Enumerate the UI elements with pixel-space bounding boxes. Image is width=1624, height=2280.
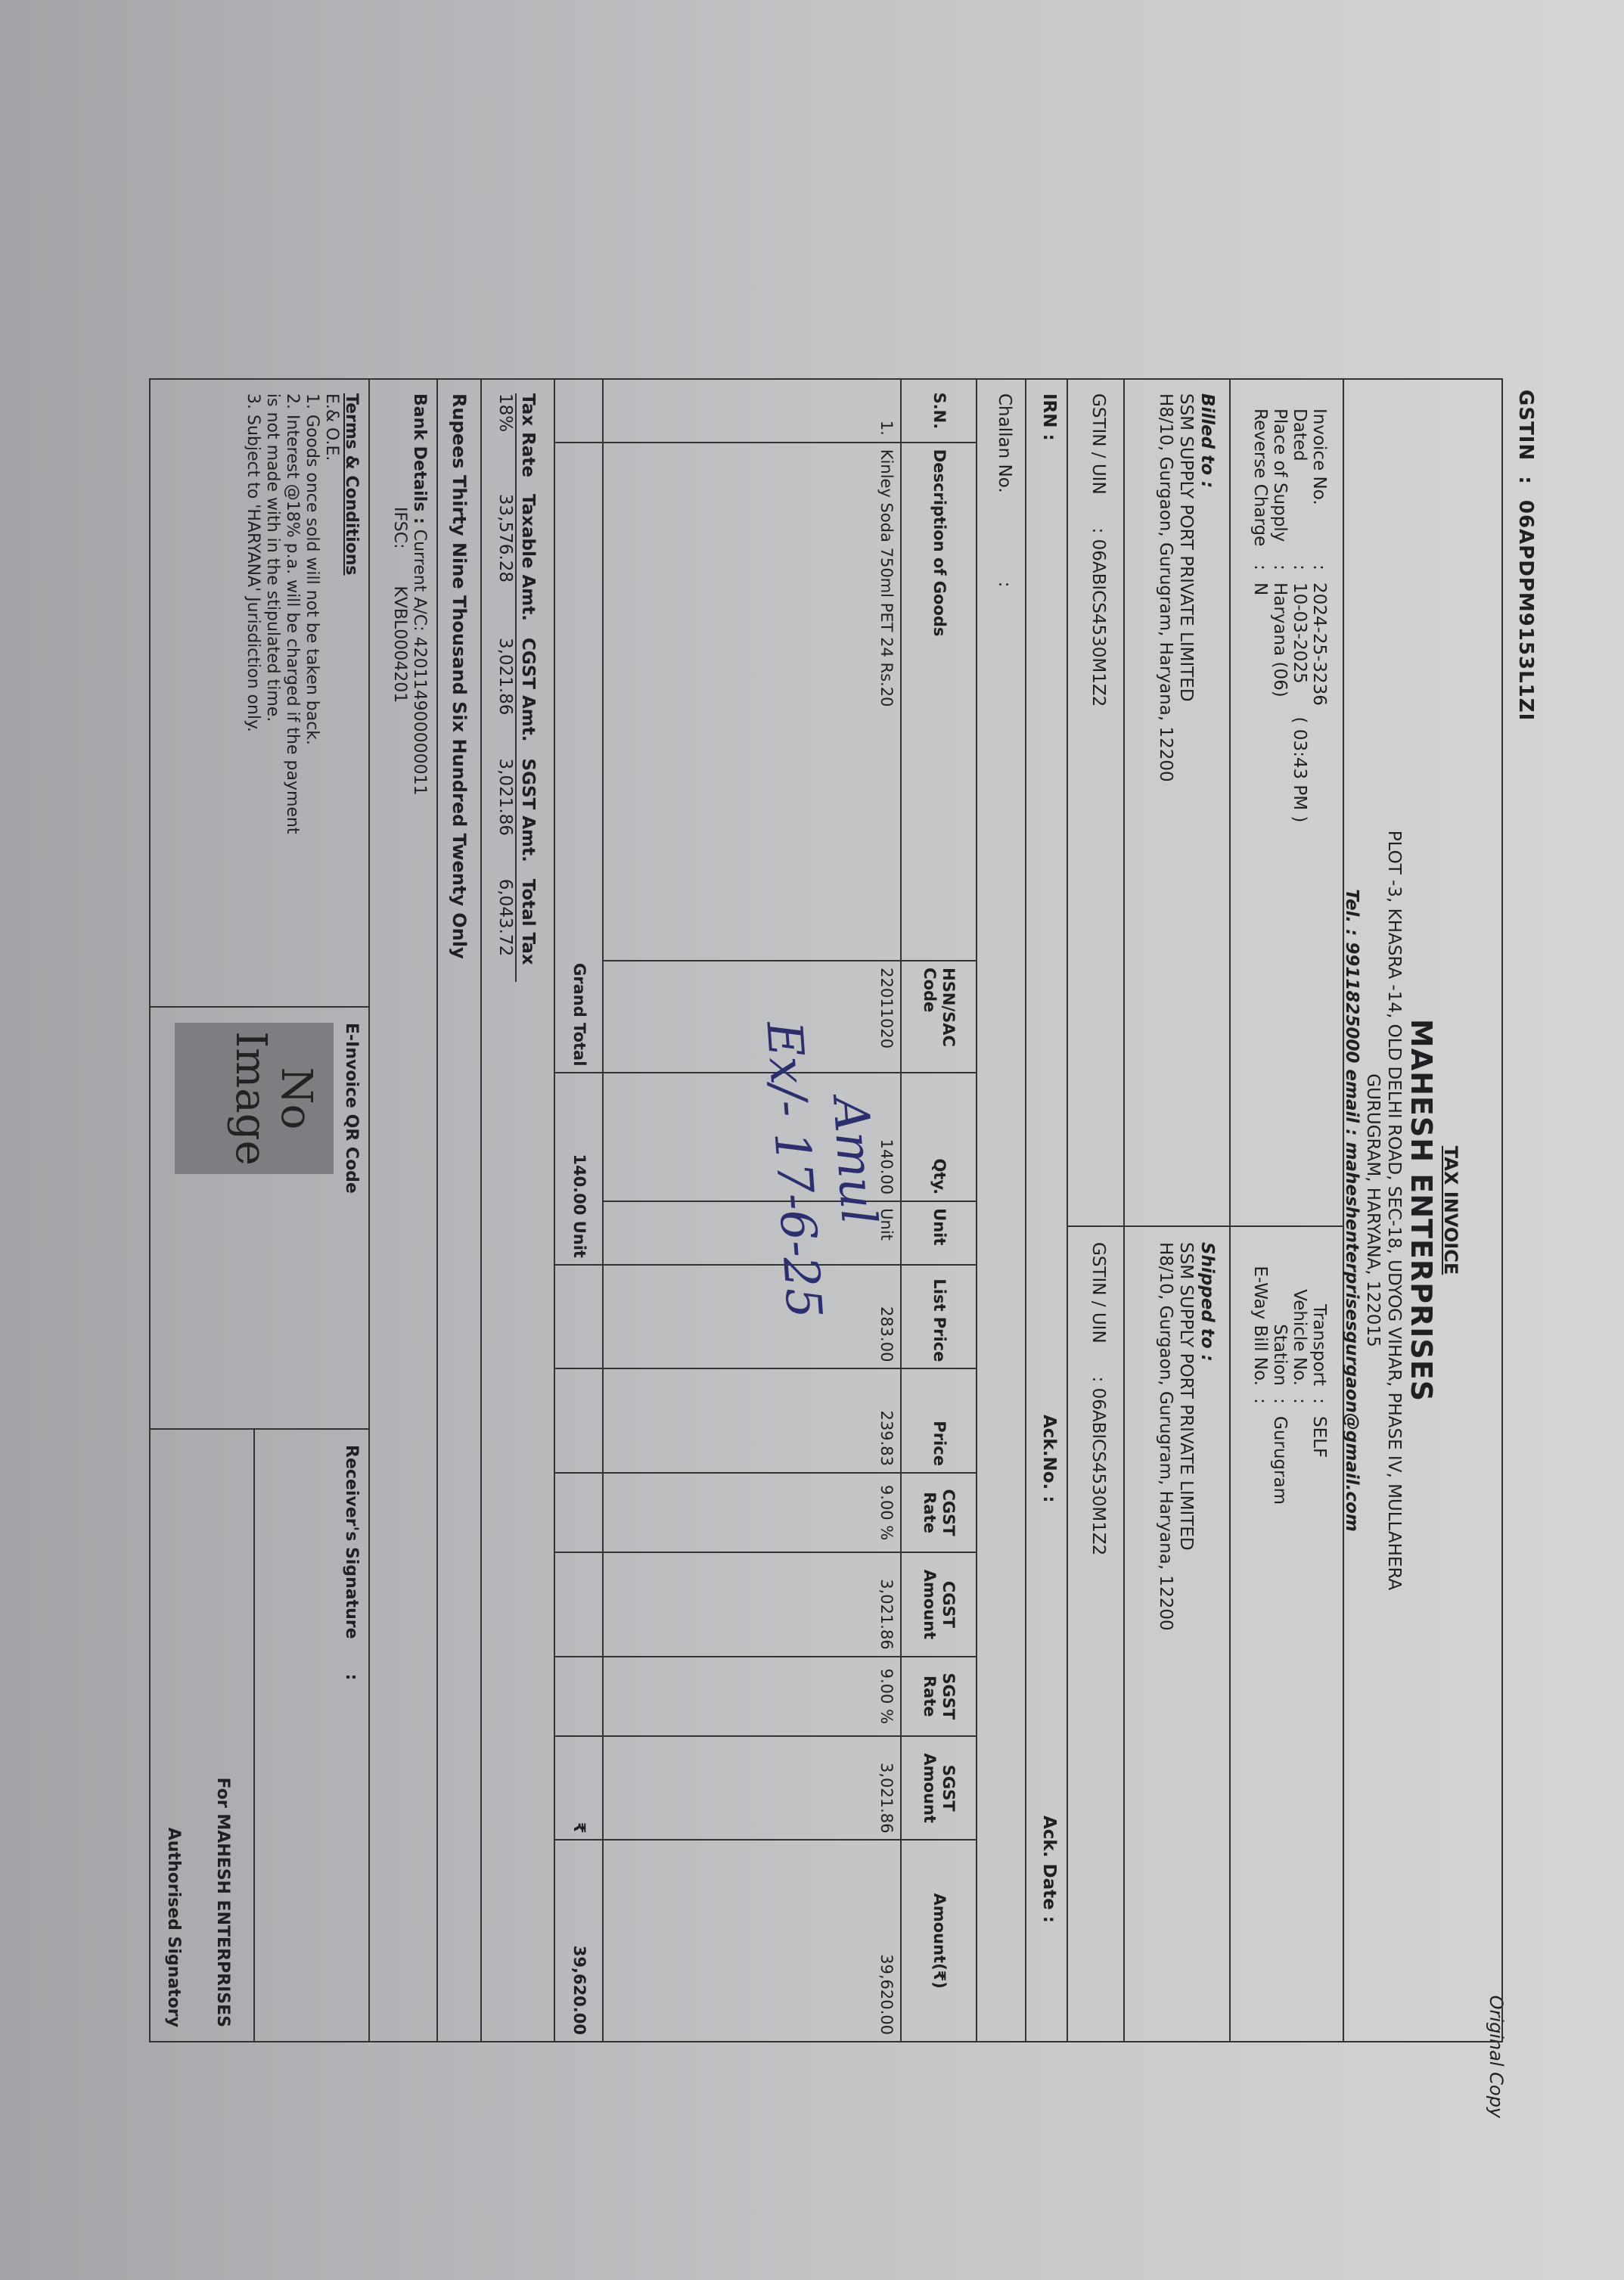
- ack-no-label: Ack.No. :: [1038, 1415, 1059, 1502]
- meta-transport: Transport:SELF: [1309, 1227, 1329, 2042]
- bank-details: Bank Details : Current A/C: 420114900000…: [368, 378, 436, 2042]
- amount-in-words: Rupees Thirty Nine Thousand Six Hundred …: [436, 378, 482, 2042]
- billed-to-name: SSM SUPPLY PORT PRIVATE LIMITED: [1175, 393, 1197, 1210]
- irn-label: IRN :: [1038, 393, 1059, 441]
- meta-place-of-supply: Place of Supply:Haryana (06): [1270, 393, 1290, 1225]
- meta-vehicle-no: Vehicle No.:: [1290, 1227, 1309, 2042]
- signature-block: Receiver's Signature : For MAHESH ENTERP…: [149, 1430, 368, 2042]
- col-description: Description of Goods: [901, 443, 977, 961]
- shipped-to-gstin: GSTIN / UIN : 06ABICS4530M1Z2: [1068, 1225, 1125, 2042]
- billed-to: Billed to : SSM SUPPLY PORT PRIVATE LIMI…: [1154, 393, 1217, 1210]
- company-address-line1: PLOT -3, KHASRA -14, OLD DELHI ROAD, SEC…: [1383, 378, 1404, 2042]
- challan-row: Challan No. :: [976, 378, 1026, 2042]
- party-details: Billed to : SSM SUPPLY PORT PRIVATE LIMI…: [1123, 378, 1231, 2042]
- items-table: S.N. Description of Goods HSN/SAC Code Q…: [554, 378, 977, 2042]
- shipped-to-address: H8/10, Gurgaon, Gurugram, Haryana, 12200: [1154, 1242, 1175, 2027]
- grand-total-label: Grand Total: [554, 443, 603, 1073]
- col-hsn: HSN/SAC Code: [901, 961, 977, 1073]
- shipped-to: Shipped to : SSM SUPPLY PORT PRIVATE LIM…: [1125, 1225, 1231, 2042]
- divider: [253, 1430, 255, 2042]
- ack-date-label: Ack. Date :: [1038, 1816, 1059, 1923]
- meta-eway-bill: E-Way Bill No.:: [1250, 1227, 1270, 2042]
- qr-placeholder-image: No Image: [175, 1023, 334, 1174]
- for-company-label: For MAHESH ENTERPRISES: [213, 1778, 232, 2027]
- grand-total-qty: 140.00 Unit: [554, 1073, 603, 1265]
- invoice-header: TAX INVOICE MAHESH ENTERPRISES PLOT -3, …: [1343, 378, 1503, 2042]
- tax-invoice: GSTIN : 06APDPM9153L1ZI Original Copy TA…: [111, 227, 1548, 2080]
- col-amount: Amount(₹): [901, 1840, 977, 2042]
- invoice-footer: Terms & Conditions E.& O.E. 1. Goods onc…: [149, 378, 368, 2042]
- company-address-line2: GURUGRAM, HARYANA, 122015: [1362, 378, 1383, 2042]
- invoice-meta-right: Transport:SELF Vehicle No.: Station:Guru…: [1231, 1225, 1344, 2042]
- col-price: Price: [901, 1368, 977, 1473]
- invoice-meta-left: Invoice No.:2024-25-3236 Dated:10-03-202…: [1250, 393, 1329, 1225]
- shipped-to-name: SSM SUPPLY PORT PRIVATE LIMITED: [1175, 1242, 1197, 2027]
- meta-invoice-no: Invoice No.:2024-25-3236: [1309, 393, 1329, 1225]
- qr-label: E-Invoice QR Code: [341, 1023, 361, 1413]
- seller-gstin-label: GSTIN: [1514, 390, 1537, 461]
- terms-and-conditions: Terms & Conditions E.& O.E. 1. Goods onc…: [243, 393, 361, 999]
- col-unit: Unit: [901, 1201, 977, 1265]
- seller-gstin-value: 06APDPM9153L1ZI: [1514, 500, 1537, 721]
- billed-to-gstin: GSTIN / UIN : 06ABICS4530M1Z2: [1087, 393, 1108, 707]
- handwritten-note-name: Amul: [820, 1095, 887, 1227]
- col-sn: S.N.: [901, 379, 977, 443]
- photo-stage: GSTIN : 06APDPM9153L1ZI Original Copy TA…: [0, 0, 1624, 2280]
- rupee-icon: ₹: [554, 1736, 603, 1840]
- items-table-header: S.N. Description of Goods HSN/SAC Code Q…: [901, 379, 977, 2042]
- company-name: MAHESH ENTERPRISES: [1404, 378, 1439, 2042]
- meta-dated: Dated:10-03-2025 ( 03:43 PM ): [1290, 393, 1309, 1225]
- grand-total-amount: 39,620.00: [554, 1840, 603, 2042]
- tax-summary: Tax Rate Taxable Amt. CGST Amt. SGST Amt…: [482, 378, 542, 2042]
- e-invoice-qr: E-Invoice QR Code No Image: [149, 1006, 368, 1430]
- col-sgst-amount: SGST Amount: [901, 1736, 977, 1840]
- receiver-signature-label: Receiver's Signature :: [341, 1445, 361, 1680]
- billed-to-address: H8/10, Gurgaon, Gurugram, Haryana, 12200: [1154, 393, 1175, 1210]
- col-qty: Qty.: [901, 1073, 977, 1201]
- col-sgst-rate: SGST Rate: [901, 1657, 977, 1736]
- col-list-price: List Price: [901, 1265, 977, 1369]
- irn-row: IRN : Ack.No. : Ack. Date :: [1025, 378, 1068, 2042]
- grand-total-row: Grand Total 140.00 Unit ₹ 39,620.00: [554, 379, 603, 2042]
- seller-gstin: GSTIN : 06APDPM9153L1ZI: [1514, 390, 1537, 721]
- meta-reverse-charge: Reverse Charge:N: [1250, 393, 1270, 1225]
- billed-to-title: Billed to :: [1196, 393, 1217, 1210]
- col-cgst-rate: CGST Rate: [901, 1473, 977, 1552]
- buyer-gstin-row: GSTIN / UIN : 06ABICS4530M1Z2 GSTIN / UI…: [1067, 378, 1125, 2042]
- document-title: TAX INVOICE: [1439, 378, 1461, 2042]
- meta-station: Station:Gurugram: [1270, 1227, 1290, 2042]
- invoice-meta: Invoice No.:2024-25-3236 Dated:10-03-202…: [1229, 378, 1344, 2042]
- authorised-signatory-label: Authorised Signatory: [163, 1828, 183, 2027]
- col-cgst-amount: CGST Amount: [901, 1552, 977, 1657]
- challan-label: Challan No. :: [993, 393, 1014, 587]
- shipped-to-title: Shipped to :: [1196, 1242, 1217, 2027]
